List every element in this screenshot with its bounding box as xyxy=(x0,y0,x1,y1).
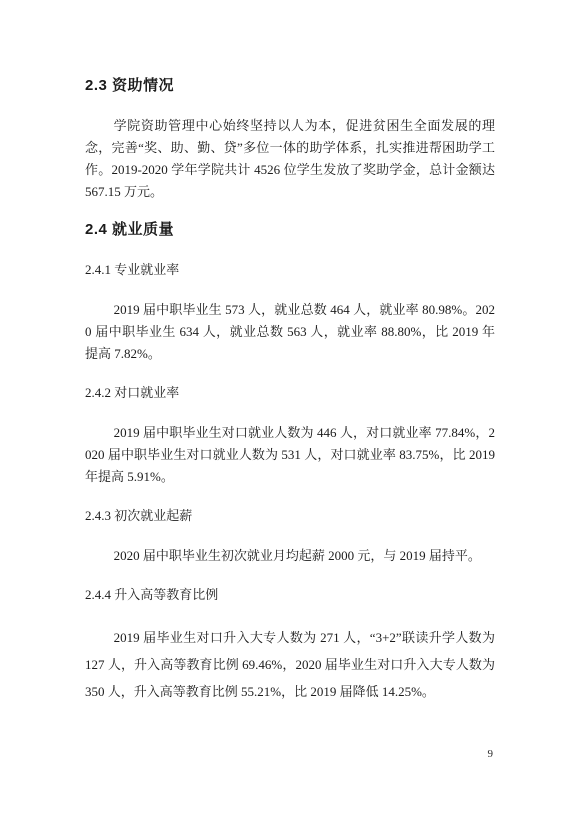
page-number: 9 xyxy=(488,748,494,761)
document-page: 2.3 资助情况 学院资助管理中心始终坚持以人为本，促进贫困生全面发展的理念，完… xyxy=(0,0,580,820)
paragraph-funding: 学院资助管理中心始终坚持以人为本，促进贫困生全面发展的理念，完善“奖、助、勤、贷… xyxy=(85,115,495,203)
section-heading-2-3: 2.3 资助情况 xyxy=(85,76,495,96)
sub-heading-2-4-2: 2.4.2 对口就业率 xyxy=(85,382,495,404)
sub-heading-2-4-1: 2.4.1 专业就业率 xyxy=(85,259,495,281)
sub-heading-2-4-3: 2.4.3 初次就业起薪 xyxy=(85,505,495,527)
sub-heading-2-4-4: 2.4.4 升入高等教育比例 xyxy=(85,584,495,606)
section-heading-2-4: 2.4 就业质量 xyxy=(85,220,495,240)
paragraph-matched-employment-rate: 2019 届中职毕业生对口就业人数为 446 人，对口就业率 77.84%，20… xyxy=(85,422,495,488)
paragraph-starting-salary: 2020 届中职毕业生初次就业月均起薪 2000 元，与 2019 届持平。 xyxy=(85,545,495,567)
paragraph-employment-rate: 2019 届中职毕业生 573 人，就业总数 464 人，就业率 80.98%。… xyxy=(85,299,495,365)
paragraph-higher-education-ratio: 2019 届毕业生对口升入大专人数为 271 人，“3+2”联读升学人数为 12… xyxy=(85,624,495,705)
